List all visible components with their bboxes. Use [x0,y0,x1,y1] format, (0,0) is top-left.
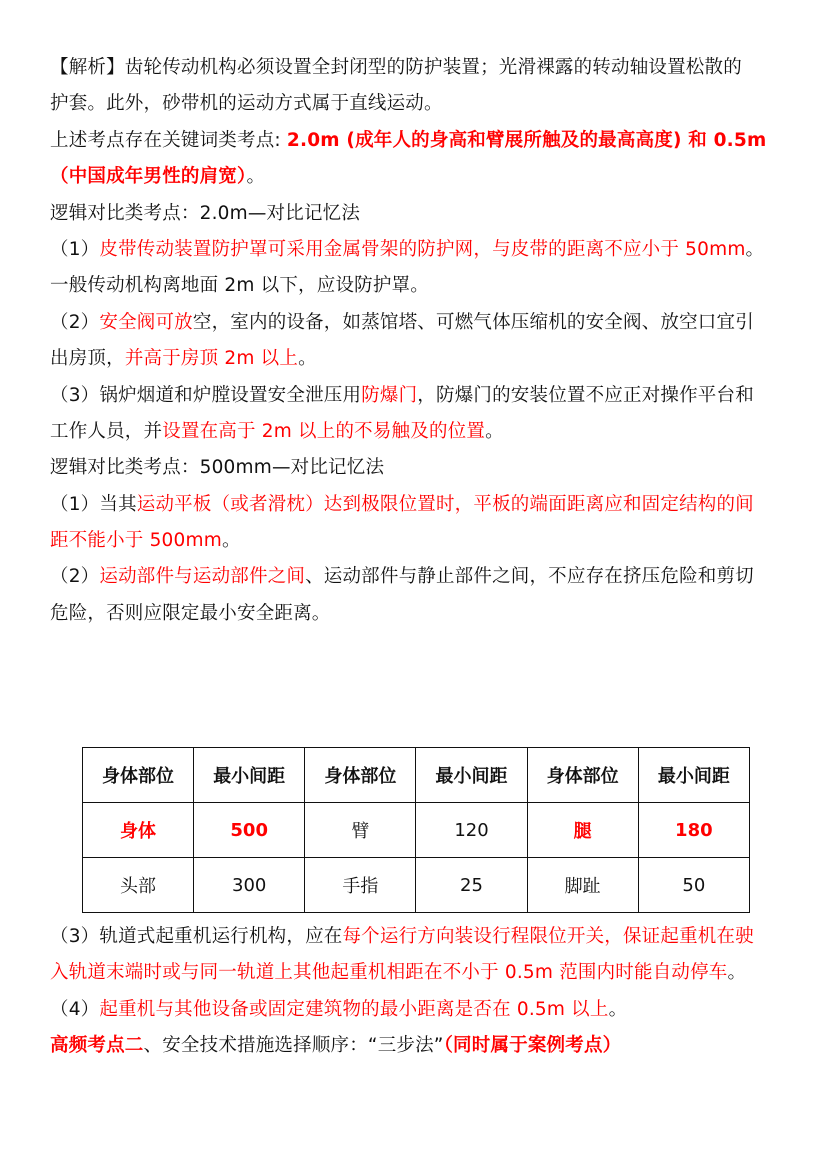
item-text: 工作人员，并 [50,421,162,442]
table-header: 身体部位 [527,748,638,803]
table-header: 身体部位 [305,748,416,803]
analysis-line-1: 【解析】齿轮传动机构必须设置全封闭型的防护装置；光滑裸露的转动轴设置松散的 [50,56,790,80]
item-number: （2） [50,566,99,587]
table-cell: 300 [194,858,305,913]
keyword-suffix: 。 [246,166,265,187]
item-text: 锅炉烟道和炉膛设置安全泄压用 [99,385,361,406]
item-7-line-1: （4）起重机与其他设备或固定建筑物的最小距离是否在 0.5m 以上。 [50,998,790,1022]
item-4-line-2: 距不能小于 500mm。 [50,529,790,553]
item-highlight: 起重机与其他设备或固定建筑物的最小距离是否在 0.5m 以上 [99,999,608,1020]
item-text: ，防爆门的安装位置不应正对操作平台和 [417,385,754,406]
item-3-line-1: （3）锅炉烟道和炉膛设置安全泄压用防爆门，防爆门的安装位置不应正对操作平台和 [50,384,790,408]
table-cell: 50 [638,858,749,913]
item-number: （1） [50,239,99,260]
item-1-line-1: （1）皮带传动装置防护罩可采用金属骨架的防护网，与皮带的距离不应小于 50mm。 [50,238,790,262]
item-end: 。 [746,239,765,260]
heading-text: 、安全技术措施选择顺序：“三步法” [144,1035,444,1056]
table-header: 最小间距 [194,748,305,803]
item-end: 。 [222,530,241,551]
table-row: 头部 300 手指 25 脚趾 50 [83,858,750,913]
item-text: 当其 [99,494,136,515]
item-end: 。 [298,348,317,369]
heading-tail: （同时属于案例考点） [444,1035,622,1056]
document-page: 【解析】齿轮传动机构必须设置全封闭型的防护装置；光滑裸露的转动轴设置松散的 护套… [50,56,790,638]
item-highlight: 并高于房顶 2m 以上 [125,348,298,369]
item-text: 、运动部件与静止部件之间，不应存在挤压危险和剪切 [305,566,754,587]
lower-section: （3）轨道式起重机运行机构，应在每个运行方向装设行程限位开关，保证起重机在驶 入… [50,925,790,1071]
item-6-line-1: （3）轨道式起重机运行机构，应在每个运行方向装设行程限位开关，保证起重机在驶 [50,925,790,949]
table-row: 身体 500 臂 120 腿 180 [83,803,750,858]
table-cell: 500 [194,803,305,858]
table-cell: 25 [416,858,527,913]
table-cell: 身体 [83,803,194,858]
keyword-prefix: 上述考点存在关键词类考点: [50,130,287,151]
logic-heading-2m: 逻辑对比类考点：2.0m—对比记忆法 [50,202,790,226]
item-4-line-1: （1）当其运动平板（或者滑枕）达到极限位置时，平板的端面距离应和固定结构的间 [50,493,790,517]
table-cell: 120 [416,803,527,858]
analysis-line-2: 护套。此外，砂带机的运动方式属于直线运动。 [50,92,790,116]
item-text: 轨道式起重机运行机构，应在 [99,926,342,947]
logic-heading-500mm: 逻辑对比类考点：500mm—对比记忆法 [50,456,790,480]
item-end: 。 [728,962,747,983]
table-cell: 手指 [305,858,416,913]
keyword-highlight-1: 2.0m (成年人的身高和臂展所触及的最高高度) 和 0.5m [287,130,767,151]
item-end: 。 [485,421,504,442]
item-number: （2） [50,312,99,333]
keyword-line-2: （中国成年男性的肩宽）。 [50,165,790,189]
item-highlight: 入轨道末端时或与同一轨道上其他起重机相距在不小于 0.5m 范围内时能自动停车 [50,962,728,983]
keyword-line-1: 上述考点存在关键词类考点: 2.0m (成年人的身高和臂展所触及的最高高度) 和… [50,129,790,153]
item-2-line-1: （2）安全阀可放空，室内的设备，如蒸馆塔、可燃气体压缩机的安全阀、放空口宜引 [50,311,790,335]
item-highlight: 皮带传动装置防护罩可采用金属骨架的防护网，与皮带的距离不应小于 50mm [99,239,745,260]
item-highlight: 每个运行方向装设行程限位开关，保证起重机在驶 [342,926,753,947]
item-highlight: 防爆门 [361,385,417,406]
table-cell: 头部 [83,858,194,913]
table-cell: 180 [638,803,749,858]
item-highlight: 安全阀可放 [99,312,193,333]
min-distance-table: 身体部位 最小间距 身体部位 最小间距 身体部位 最小间距 身体 500 臂 1… [82,747,750,913]
table-header: 身体部位 [83,748,194,803]
item-number: （3） [50,385,99,406]
item-highlight: 运动部件与运动部件之间 [99,566,305,587]
table-cell: 腿 [527,803,638,858]
item-highlight: 距不能小于 500mm [50,530,222,551]
item-number: （1） [50,494,99,515]
item-6-line-2: 入轨道末端时或与同一轨道上其他起重机相距在不小于 0.5m 范围内时能自动停车。 [50,961,790,985]
keyword-highlight-2: （中国成年男性的肩宽） [50,166,246,187]
item-1-line-2: 一般传动机构离地面 2m 以下，应设防护罩。 [50,274,790,298]
high-frequency-heading: 高频考点二、安全技术措施选择顺序：“三步法”（同时属于案例考点） [50,1034,790,1058]
table-cell: 臂 [305,803,416,858]
item-5-line-2: 危险，否则应限定最小安全距离。 [50,602,790,626]
item-number: （4） [50,999,99,1020]
item-number: （3） [50,926,99,947]
item-text: 空，室内的设备，如蒸馆塔、可燃气体压缩机的安全阀、放空口宜引 [193,312,754,333]
table-header: 最小间距 [416,748,527,803]
item-5-line-1: （2）运动部件与运动部件之间、运动部件与静止部件之间，不应存在挤压危险和剪切 [50,565,790,589]
item-text: 出房顶， [50,348,125,369]
item-highlight: 设置在高于 2m 以上的不易触及的位置 [162,421,485,442]
table-cell: 脚趾 [527,858,638,913]
table-header: 最小间距 [638,748,749,803]
item-end: 。 [609,999,628,1020]
item-highlight: 运动平板（或者滑枕）达到极限位置时，平板的端面距离应和固定结构的间 [137,494,754,515]
item-3-line-2: 工作人员，并设置在高于 2m 以上的不易触及的位置。 [50,420,790,444]
item-2-line-2: 出房顶，并高于房顶 2m 以上。 [50,347,790,371]
heading-highlight: 高频考点二 [50,1035,144,1056]
table-header-row: 身体部位 最小间距 身体部位 最小间距 身体部位 最小间距 [83,748,750,803]
